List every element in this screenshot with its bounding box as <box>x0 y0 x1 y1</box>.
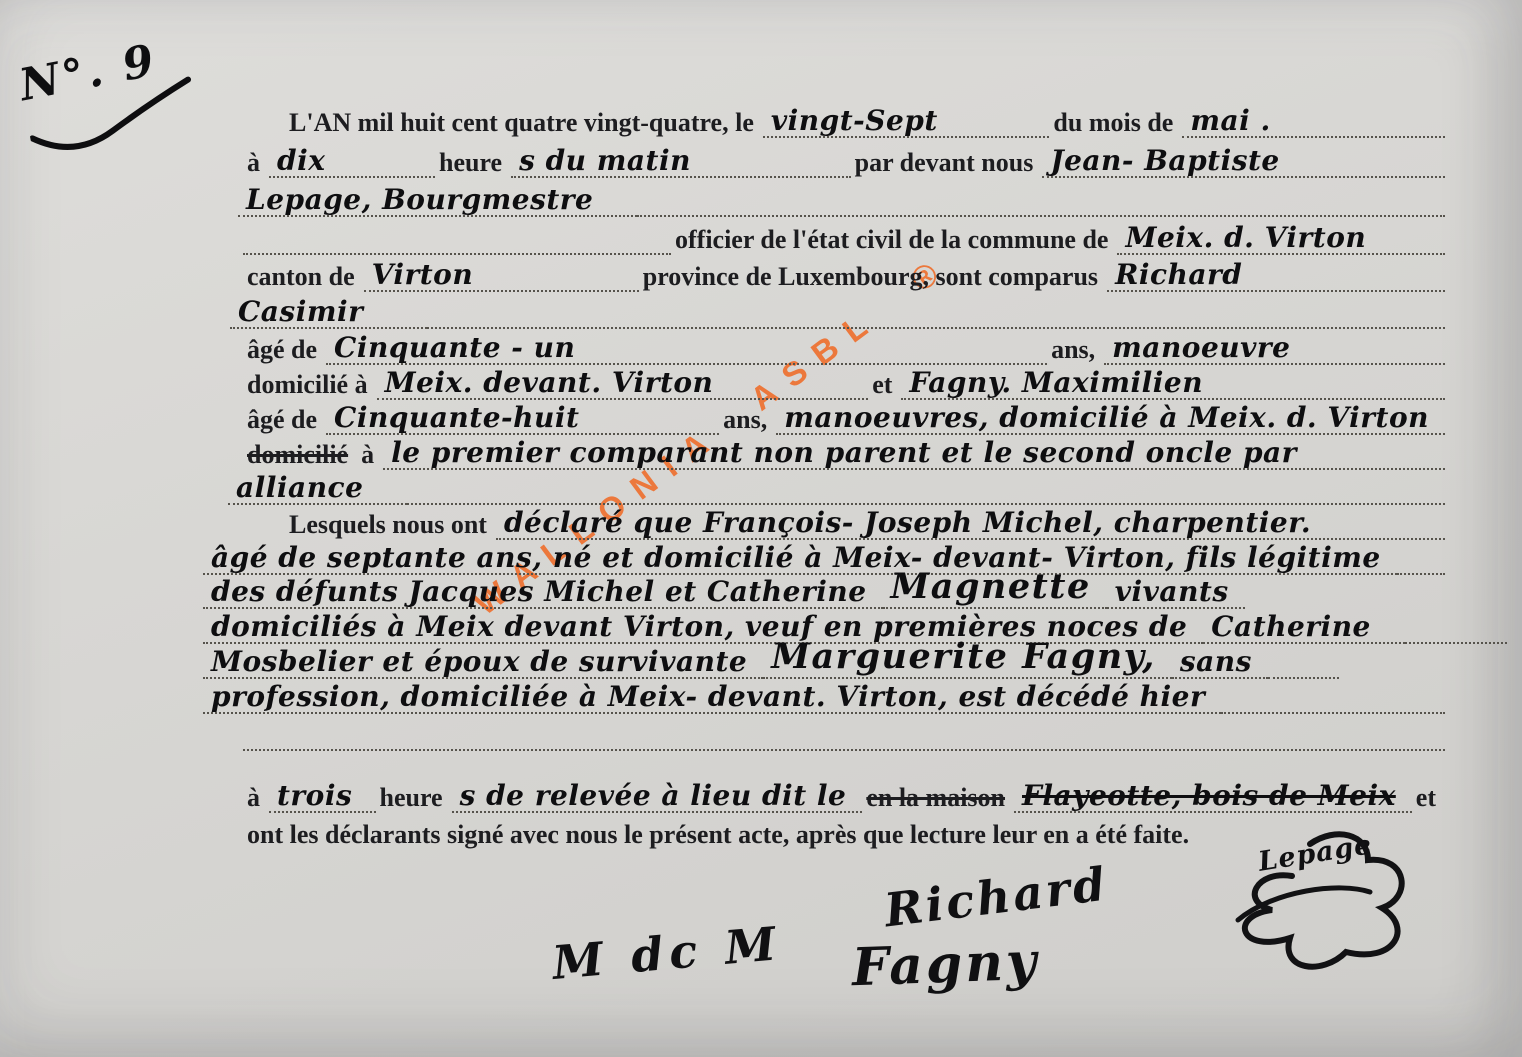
form-line: des défunts Jacques Michel et Catherine … <box>203 571 1445 609</box>
handwritten-entry: Richard <box>1107 260 1445 292</box>
handwritten-entry: vivants <box>1107 577 1245 609</box>
handwritten-entry: Fagny. Maximilien <box>901 368 1445 400</box>
signature-official: Lepage <box>1212 824 1417 979</box>
form-line: L'AN mil huit cent quatre vingt-quatre, … <box>243 100 1445 138</box>
form-line: âgé de Cinquante-huit ans, manoeuvres, d… <box>243 397 1445 435</box>
printed-text: heure <box>376 783 452 813</box>
handwritten-entry: vingt-Sept <box>763 106 1050 138</box>
printed-text-struck: en la maison <box>862 783 1014 813</box>
handwritten-entry: profession, domiciliée à Meix- devant. V… <box>203 682 1221 714</box>
printed-text: par devant nous <box>851 148 1043 178</box>
printed-text: du mois de <box>1049 108 1182 138</box>
printed-text: à <box>357 440 383 470</box>
handwritten-entry: s du matin <box>511 146 851 178</box>
handwritten-entry: Cinquante-huit <box>326 403 719 435</box>
handwritten-entry: Marguerite Fagny, <box>763 639 1172 679</box>
handwritten-entry: Cinquante - un <box>326 333 1047 365</box>
form-line: âgé de septante ans, né et domicilié à M… <box>203 537 1445 575</box>
handwritten-entry: sans <box>1172 647 1268 679</box>
printed-text: officier de l'état civil de la commune d… <box>671 225 1117 255</box>
printed-text: et <box>1412 783 1445 813</box>
act-number: N°. 9 <box>15 29 202 166</box>
handwritten-entry: des défunts Jacques Michel et Catherine <box>203 577 883 609</box>
form-line: profession, domiciliée à Meix- devant. V… <box>203 676 1445 714</box>
handwritten-entry: Catherine <box>1203 612 1405 644</box>
form-line <box>243 713 1445 751</box>
handwritten-entry: mai . <box>1182 106 1445 138</box>
printed-text: heure <box>435 148 511 178</box>
handwritten-entry: trois <box>269 781 376 813</box>
handwritten-entry: déclaré que François- Joseph Michel, cha… <box>496 508 1445 540</box>
signature-fagny: Fagny <box>851 931 1040 998</box>
form-line: domicilié à Meix. devant. Virton et Fagn… <box>243 362 1445 400</box>
form-line: officier de l'état civil de la commune d… <box>243 217 1445 255</box>
registry-sheet: N°. 9 WALLONIA ASBL ® L'AN mil huit cent… <box>0 0 1522 1057</box>
printed-text: ont les déclarants signé avec nous le pr… <box>243 820 1198 850</box>
printed-text: L'AN mil huit cent quatre vingt-quatre, … <box>285 108 763 138</box>
handwritten-entry: Meix. d. Virton <box>1117 223 1445 255</box>
handwritten-entry: Mosbelier et époux de survivante <box>203 647 763 679</box>
form-line: âgé de Cinquante - un ans, manoeuvre <box>243 327 1445 365</box>
handwritten-entry: Magnette <box>883 569 1107 609</box>
form-line: Lesquels nous ont déclaré que François- … <box>243 502 1445 540</box>
signature-richard: Richard <box>882 857 1111 938</box>
handwritten-entry: Casimir <box>230 297 427 329</box>
handwritten-entry: Jean- Baptiste <box>1042 146 1445 178</box>
handwritten-entry-struck: Flayeotte, bois de Meix <box>1014 781 1412 813</box>
handwritten-entry: Meix. devant. Virton <box>377 368 869 400</box>
printed-text: domicilié à <box>243 370 377 400</box>
printed-text: et <box>868 370 901 400</box>
signature-witness-marks: M dc M <box>550 916 784 990</box>
printed-text: âgé de <box>243 405 326 435</box>
printed-text: âgé de <box>243 335 326 365</box>
form-line: à dix heure s du matin par devant nous J… <box>243 140 1445 178</box>
printed-text: canton de <box>243 262 364 292</box>
printed-text: à <box>243 148 269 178</box>
handwritten-entry: s de relevée à lieu dit le <box>452 781 863 813</box>
handwritten-entry: manoeuvres, domicilié à Meix. d. Virton <box>776 403 1445 435</box>
form-line: à trois heure s de relevée à lieu dit le… <box>243 775 1445 813</box>
handwritten-entry: manoeuvre <box>1104 333 1445 365</box>
printed-text: ans, <box>719 405 776 435</box>
form-line: Lepage, Bourgmestre <box>238 179 1445 217</box>
form-line: domicilié à le premier comparant non par… <box>243 432 1445 470</box>
form-line: canton de Virton province de Luxembourg,… <box>243 254 1445 292</box>
form-line: Mosbelier et époux de survivante Marguer… <box>203 641 1445 679</box>
form-line: alliance <box>228 467 1445 505</box>
dotted-rule <box>243 747 1445 751</box>
handwritten-entry: Lepage, Bourgmestre <box>238 185 637 217</box>
handwritten-entry: le premier comparant non parent et le se… <box>383 438 1445 470</box>
handwritten-entry: Virton <box>364 260 639 292</box>
form-line: Casimir <box>230 291 1445 329</box>
printed-text: à <box>243 783 269 813</box>
printed-text-struck: domicilié <box>243 440 357 470</box>
handwritten-entry: dix <box>269 146 435 178</box>
printed-text: Lesquels nous ont <box>285 510 496 540</box>
handwritten-entry: alliance <box>228 473 407 505</box>
printed-text: ans, <box>1047 335 1104 365</box>
printed-text: province de Luxembourg, sont comparus <box>639 262 1107 292</box>
